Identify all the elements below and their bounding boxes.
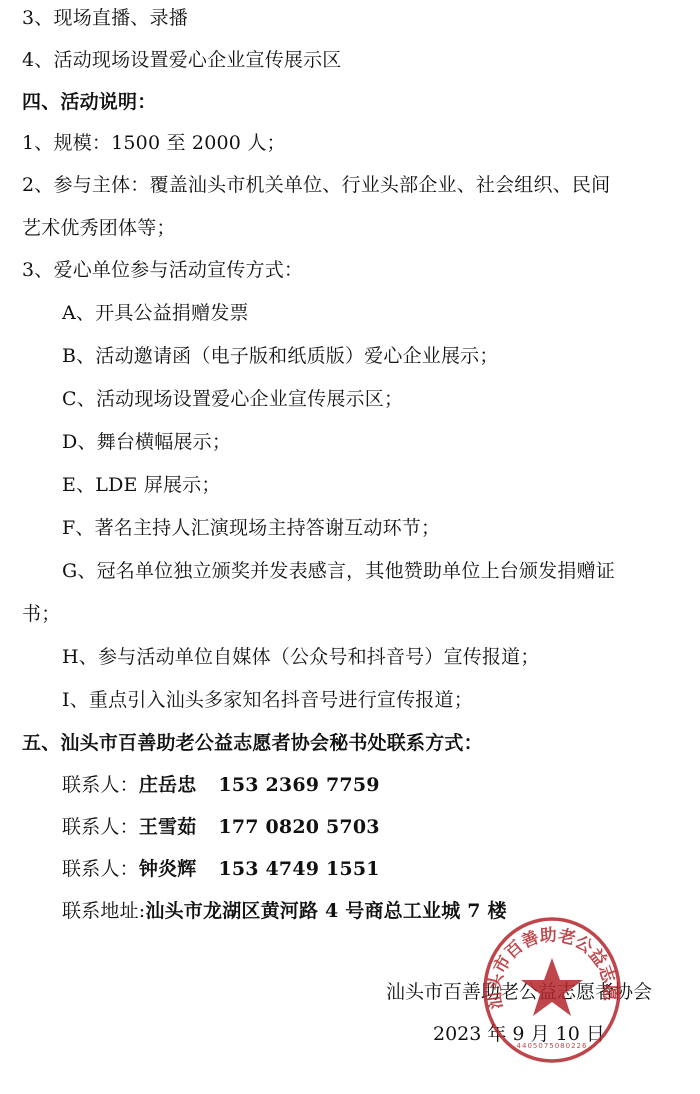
text-line: 艺术优秀团体等；: [22, 216, 176, 240]
text-line: I、重点引入汕头多家知名抖音号进行宣传报道；: [62, 688, 473, 712]
contact-name: 钟炎辉: [139, 858, 197, 880]
signature-date: 2023 年 9 月 10 日: [433, 1022, 605, 1046]
section-heading: 四、活动说明：: [22, 90, 156, 114]
text-line: C、活动现场设置爱心企业宣传展示区；: [62, 387, 403, 411]
contact-label: 联系人：: [62, 858, 139, 880]
text-line: F、著名主持人汇演现场主持答谢互动环节；: [62, 516, 440, 540]
contact-row: 联系人：庄岳忠153 2369 7759: [62, 773, 380, 797]
text-line: B、活动邀请函（电子版和纸质版）爱心企业展示；: [62, 344, 499, 368]
contact-phone: 177 0820 5703: [218, 816, 379, 838]
contact-label: 联系人：: [62, 774, 139, 796]
contact-row: 联系人：钟炎辉153 4749 1551: [62, 857, 380, 881]
text-line: 1、规模：1500 至 2000 人；: [22, 131, 286, 155]
text-line: H、参与活动单位自媒体（公众号和抖音号）宣传报道；: [62, 645, 540, 669]
text-line: A、开具公益捐赠发票: [62, 301, 249, 325]
signature-org: 汕头市百善助老公益志愿者协会: [386, 980, 652, 1004]
text-line: 3、现场直播、录播: [22, 6, 188, 30]
text-line: 4、活动现场设置爱心企业宣传展示区: [22, 48, 342, 72]
text-line: 3、爱心单位参与活动宣传方式：: [22, 258, 303, 282]
contact-label: 联系人：: [62, 816, 139, 838]
contact-name: 庄岳忠: [139, 774, 197, 796]
text-line: G、冠名单位独立颁奖并发表感言，其他赞助单位上台颁发捐赠证: [62, 559, 615, 583]
text-line: 2、参与主体：覆盖汕头市机关单位、行业头部企业、社会组织、民间: [22, 173, 610, 197]
text-line: E、LDE 屏展示；: [62, 473, 221, 497]
address-value: 汕头市龙湖区黄河路 4 号商总工业城 7 楼: [145, 900, 506, 922]
contact-phone: 153 2369 7759: [218, 774, 379, 796]
text-line: 书；: [22, 602, 60, 626]
contact-row: 联系人：王雪茹177 0820 5703: [62, 815, 380, 839]
address-label: 联系地址:: [62, 900, 145, 922]
contact-name: 王雪茹: [139, 816, 197, 838]
section-heading: 五、汕头市百善助老公益志愿者协会秘书处联系方式：: [22, 731, 483, 755]
contact-phone: 153 4749 1551: [218, 858, 379, 880]
text-line: D、舞台横幅展示；: [62, 430, 231, 454]
address-line: 联系地址:汕头市龙湖区黄河路 4 号商总工业城 7 楼: [62, 899, 507, 923]
